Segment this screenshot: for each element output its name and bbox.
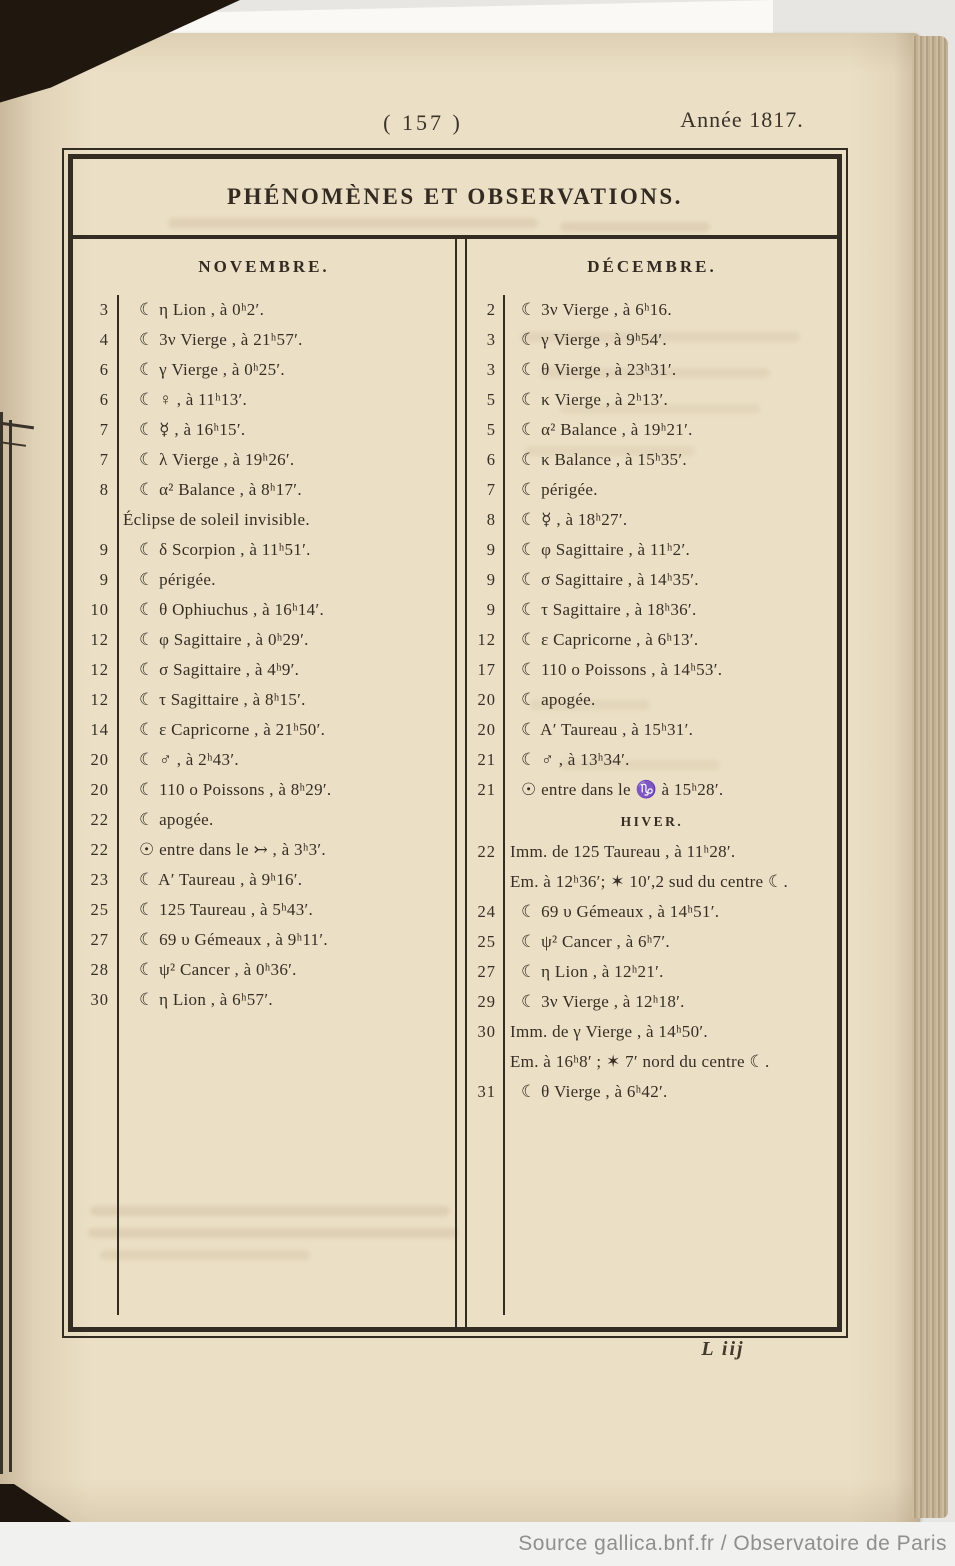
year-label: Année 1817. — [662, 107, 822, 133]
signature-mark: L iij — [688, 1338, 758, 1361]
table-row: 3☾ η Lion , à 0ʰ2′. — [73, 295, 455, 325]
day-number: 10 — [73, 595, 109, 625]
entry-text: ☾ γ Vierge , à 0ʰ25′. — [139, 360, 285, 379]
entry-text: ☾ θ Ophiuchus , à 16ʰ14′. — [139, 600, 324, 619]
day-number: 21 — [467, 745, 496, 775]
table-row: 7☾ périgée. — [467, 475, 837, 505]
entry-text: ☾ ☿ , à 18ʰ27′. — [521, 510, 627, 529]
table-row: 20☾ apogée. — [467, 685, 837, 715]
entry-text: ☾ ♀ , à 11ʰ13′. — [139, 390, 247, 409]
day-number: 3 — [467, 355, 496, 385]
entry-text: ☾ κ Balance , à 15ʰ35′. — [521, 450, 687, 469]
table-row: Em. à 12ʰ36′; ✶ 10′,2 sud du centre ☾. — [467, 867, 837, 897]
table-row: 9☾ φ Sagittaire , à 11ʰ2′. — [467, 535, 837, 565]
table-row: 5☾ κ Vierge , à 2ʰ13′. — [467, 385, 837, 415]
entry-text: Em. à 16ʰ8′ ; ✶ 7′ nord du centre ☾. — [510, 1052, 770, 1071]
day-number: 30 — [73, 985, 109, 1015]
day-number: 29 — [467, 987, 496, 1017]
entry-text: ☾ apogée. — [139, 810, 214, 829]
entry-text: ☾ σ Sagittaire , à 4ʰ9′. — [139, 660, 299, 679]
day-number: 9 — [467, 565, 496, 595]
entry-text: ☾ 3ν Vierge , à 12ʰ18′. — [521, 992, 685, 1011]
day-number: 4 — [73, 325, 109, 355]
day-number: 7 — [73, 415, 109, 445]
entry-text: ☾ η Lion , à 12ʰ21′. — [521, 962, 664, 981]
table-row: Éclipse de soleil invisible. — [73, 505, 455, 535]
entry-text: ☾ τ Sagittaire , à 8ʰ15′. — [139, 690, 306, 709]
entry-text: ☾ ψ² Cancer , à 6ʰ7′. — [521, 932, 670, 951]
month-rows-novembre: 3☾ η Lion , à 0ʰ2′.4☾ 3ν Vierge , à 21ʰ5… — [73, 295, 455, 1327]
table-row: 3☾ θ Vierge , à 23ʰ31′. — [467, 355, 837, 385]
day-number: 7 — [73, 445, 109, 475]
table-row: 5☾ α² Balance , à 19ʰ21′. — [467, 415, 837, 445]
facing-page-border-line — [9, 420, 12, 1472]
month-column-novembre: NOVEMBRE. 3☾ η Lion , à 0ʰ2′.4☾ 3ν Vierg… — [73, 239, 455, 1327]
entry-text: ☾ périgée. — [139, 570, 216, 589]
table-row: 6☾ κ Balance , à 15ʰ35′. — [467, 445, 837, 475]
entry-text: ☾ ♂ , à 13ʰ34′. — [521, 750, 630, 769]
entry-text: ☾ 3ν Vierge , à 21ʰ57′. — [139, 330, 303, 349]
table-row: 24☾ 69 υ Gémeaux , à 14ʰ51′. — [467, 897, 837, 927]
day-number: 12 — [467, 625, 496, 655]
day-number: 25 — [73, 895, 109, 925]
day-number: 9 — [467, 595, 496, 625]
entry-text: ☾ σ Sagittaire , à 14ʰ35′. — [521, 570, 699, 589]
day-number: 30 — [467, 1017, 496, 1047]
day-number: 21 — [467, 775, 496, 805]
table-row: 12☾ φ Sagittaire , à 0ʰ29′. — [73, 625, 455, 655]
day-number: 22 — [73, 835, 109, 865]
table-row: Em. à 16ʰ8′ ; ✶ 7′ nord du centre ☾. — [467, 1047, 837, 1077]
day-number: 17 — [467, 655, 496, 685]
table-row: 21☾ ♂ , à 13ʰ34′. — [467, 745, 837, 775]
table-row: 29☾ 3ν Vierge , à 12ʰ18′. — [467, 987, 837, 1017]
entry-text: Éclipse de soleil invisible. — [123, 510, 310, 529]
entry-text: ☾ A′ Taureau , à 9ʰ16′. — [139, 870, 302, 889]
entry-text: ☾ α² Balance , à 19ʰ21′. — [521, 420, 693, 439]
footer-band: Source gallica.bnf.fr / Observatoire de … — [0, 1522, 955, 1566]
table-row: 9☾ τ Sagittaire , à 18ʰ36′. — [467, 595, 837, 625]
entry-text: ☾ η Lion , à 6ʰ57′. — [139, 990, 273, 1009]
entry-text: ☾ φ Sagittaire , à 0ʰ29′. — [139, 630, 309, 649]
day-number: 12 — [73, 685, 109, 715]
entry-text: ☾ ψ² Cancer , à 0ʰ36′. — [139, 960, 297, 979]
month-header-novembre: NOVEMBRE. — [73, 239, 455, 295]
table-row: 21☉ entre dans le ♑ à 15ʰ28′. — [467, 775, 837, 805]
day-number: 27 — [467, 957, 496, 987]
table-row: 14☾ ε Capricorne , à 21ʰ50′. — [73, 715, 455, 745]
table-row: 31☾ θ Vierge , à 6ʰ42′. — [467, 1077, 837, 1107]
month-rows-decembre: 2☾ 3ν Vierge , à 6ʰ16.3☾ γ Vierge , à 9ʰ… — [467, 295, 837, 1327]
entry-text: ☾ ♂ , à 2ʰ43′. — [139, 750, 239, 769]
table-row: 8☾ ☿ , à 18ʰ27′. — [467, 505, 837, 535]
column-divider — [455, 239, 467, 1327]
day-number: 6 — [73, 385, 109, 415]
table-row: 17☾ 110 o Poissons , à 14ʰ53′. — [467, 655, 837, 685]
day-number: 20 — [467, 715, 496, 745]
table-row: 6☾ ♀ , à 11ʰ13′. — [73, 385, 455, 415]
page-number: ( 157 ) — [368, 110, 478, 136]
entry-text: ☾ κ Vierge , à 2ʰ13′. — [521, 390, 668, 409]
day-number: 20 — [73, 775, 109, 805]
day-number: 25 — [467, 927, 496, 957]
table-row: 6☾ γ Vierge , à 0ʰ25′. — [73, 355, 455, 385]
month-header-decembre: DÉCEMBRE. — [467, 239, 837, 295]
day-number: 20 — [73, 745, 109, 775]
day-number: 6 — [467, 445, 496, 475]
entry-text: ☾ θ Vierge , à 6ʰ42′. — [521, 1082, 668, 1101]
table-row: 7☾ λ Vierge , à 19ʰ26′. — [73, 445, 455, 475]
day-number: 5 — [467, 385, 496, 415]
entry-text: ☾ 69 υ Gémeaux , à 14ʰ51′. — [521, 902, 719, 921]
entry-text: ☉ entre dans le ♑ à 15ʰ28′. — [521, 780, 723, 799]
table-title: PHÉNOMÈNES ET OBSERVATIONS. — [73, 159, 837, 239]
day-number: 22 — [73, 805, 109, 835]
table-row: 12☾ ε Capricorne , à 6ʰ13′. — [467, 625, 837, 655]
winter-subheading: HIVER. — [467, 805, 837, 837]
entry-text: ☾ 110 o Poissons , à 14ʰ53′. — [521, 660, 722, 679]
entry-text: ☾ τ Sagittaire , à 18ʰ36′. — [521, 600, 697, 619]
entry-text: ☾ δ Scorpion , à 11ʰ51′. — [139, 540, 311, 559]
entry-text: ☾ 110 o Poissons , à 8ʰ29′. — [139, 780, 331, 799]
entry-text: ☾ 125 Taureau , à 5ʰ43′. — [139, 900, 313, 919]
day-number: 12 — [73, 655, 109, 685]
day-number: 22 — [467, 837, 496, 867]
day-number: 9 — [73, 535, 109, 565]
entry-text: ☾ 3ν Vierge , à 6ʰ16. — [521, 300, 672, 319]
entry-text: ☾ η Lion , à 0ʰ2′. — [139, 300, 264, 319]
entry-text: ☾ 69 υ Gémeaux , à 9ʰ11′. — [139, 930, 328, 949]
table-row: 22☾ apogée. — [73, 805, 455, 835]
page-stack-edge — [912, 36, 948, 1518]
entry-text: Em. à 12ʰ36′; ✶ 10′,2 sud du centre ☾. — [510, 872, 788, 891]
day-number: 3 — [467, 325, 496, 355]
day-number: 5 — [467, 415, 496, 445]
day-number: 28 — [73, 955, 109, 985]
day-number: 8 — [73, 475, 109, 505]
day-number: 24 — [467, 897, 496, 927]
entry-text: ☾ φ Sagittaire , à 11ʰ2′. — [521, 540, 690, 559]
month-column-decembre: DÉCEMBRE. 2☾ 3ν Vierge , à 6ʰ16.3☾ γ Vie… — [467, 239, 837, 1327]
table-row: 12☾ σ Sagittaire , à 4ʰ9′. — [73, 655, 455, 685]
table-row: 27☾ 69 υ Gémeaux , à 9ʰ11′. — [73, 925, 455, 955]
entry-text: ☾ apogée. — [521, 690, 596, 709]
table-row: 25☾ 125 Taureau , à 5ʰ43′. — [73, 895, 455, 925]
day-number: 31 — [467, 1077, 496, 1107]
scanned-page: ( 157 ) Année 1817. PHÉNOMÈNES ET OBSERV… — [0, 0, 955, 1566]
entry-text: ☉ entre dans le ↣ , à 3ʰ3′. — [139, 840, 326, 859]
day-number: 8 — [467, 505, 496, 535]
day-number: 9 — [467, 535, 496, 565]
table-row: 20☾ A′ Taureau , à 15ʰ31′. — [467, 715, 837, 745]
table-row: 20☾ 110 o Poissons , à 8ʰ29′. — [73, 775, 455, 805]
table-row: 28☾ ψ² Cancer , à 0ʰ36′. — [73, 955, 455, 985]
entry-text: ☾ A′ Taureau , à 15ʰ31′. — [521, 720, 693, 739]
entry-text: ☾ α² Balance , à 8ʰ17′. — [139, 480, 302, 499]
day-number: 3 — [73, 295, 109, 325]
day-number: 12 — [73, 625, 109, 655]
day-number: 7 — [467, 475, 496, 505]
table-row: 30Imm. de γ Vierge , à 14ʰ50′. — [467, 1017, 837, 1047]
table-row: 30☾ η Lion , à 6ʰ57′. — [73, 985, 455, 1015]
table-row: 3☾ γ Vierge , à 9ʰ54′. — [467, 325, 837, 355]
table-columns: NOVEMBRE. 3☾ η Lion , à 0ʰ2′.4☾ 3ν Vierg… — [73, 239, 837, 1327]
entry-text: Imm. de 125 Taureau , à 11ʰ28′. — [510, 842, 736, 861]
day-number: 6 — [73, 355, 109, 385]
entry-text: ☾ ε Capricorne , à 6ʰ13′. — [521, 630, 698, 649]
entry-text: ☾ ε Capricorne , à 21ʰ50′. — [139, 720, 325, 739]
table-row: 9☾ périgée. — [73, 565, 455, 595]
table-row: 22Imm. de 125 Taureau , à 11ʰ28′. — [467, 837, 837, 867]
entry-text: ☾ périgée. — [521, 480, 598, 499]
day-number: 23 — [73, 865, 109, 895]
table-row: 4☾ 3ν Vierge , à 21ʰ57′. — [73, 325, 455, 355]
table-row: 22☉ entre dans le ↣ , à 3ʰ3′. — [73, 835, 455, 865]
day-number: 20 — [467, 685, 496, 715]
facing-page-border-line — [0, 412, 3, 1474]
footer-source-text: Source gallica.bnf.fr / Observatoire de … — [518, 1532, 955, 1556]
table-row: 8☾ α² Balance , à 8ʰ17′. — [73, 475, 455, 505]
table-row: 9☾ σ Sagittaire , à 14ʰ35′. — [467, 565, 837, 595]
entry-text: Imm. de γ Vierge , à 14ʰ50′. — [510, 1022, 708, 1041]
table-row: 7☾ ☿ , à 16ʰ15′. — [73, 415, 455, 445]
entry-text: ☾ θ Vierge , à 23ʰ31′. — [521, 360, 676, 379]
entry-text: ☾ γ Vierge , à 9ʰ54′. — [521, 330, 667, 349]
table-row: 23☾ A′ Taureau , à 9ʰ16′. — [73, 865, 455, 895]
table-row: 12☾ τ Sagittaire , à 8ʰ15′. — [73, 685, 455, 715]
entry-text: ☾ λ Vierge , à 19ʰ26′. — [139, 450, 294, 469]
phenomena-table-inner: PHÉNOMÈNES ET OBSERVATIONS. NOVEMBRE. 3☾… — [68, 154, 842, 1332]
table-row: 25☾ ψ² Cancer , à 6ʰ7′. — [467, 927, 837, 957]
table-row: 9☾ δ Scorpion , à 11ʰ51′. — [73, 535, 455, 565]
table-row: 27☾ η Lion , à 12ʰ21′. — [467, 957, 837, 987]
phenomena-table: PHÉNOMÈNES ET OBSERVATIONS. NOVEMBRE. 3☾… — [62, 148, 848, 1338]
table-row: 10☾ θ Ophiuchus , à 16ʰ14′. — [73, 595, 455, 625]
entry-text: ☾ ☿ , à 16ʰ15′. — [139, 420, 245, 439]
table-row: 2☾ 3ν Vierge , à 6ʰ16. — [467, 295, 837, 325]
day-number: 2 — [467, 295, 496, 325]
day-number: 9 — [73, 565, 109, 595]
day-number: 14 — [73, 715, 109, 745]
table-row: 20☾ ♂ , à 2ʰ43′. — [73, 745, 455, 775]
day-number: 27 — [73, 925, 109, 955]
